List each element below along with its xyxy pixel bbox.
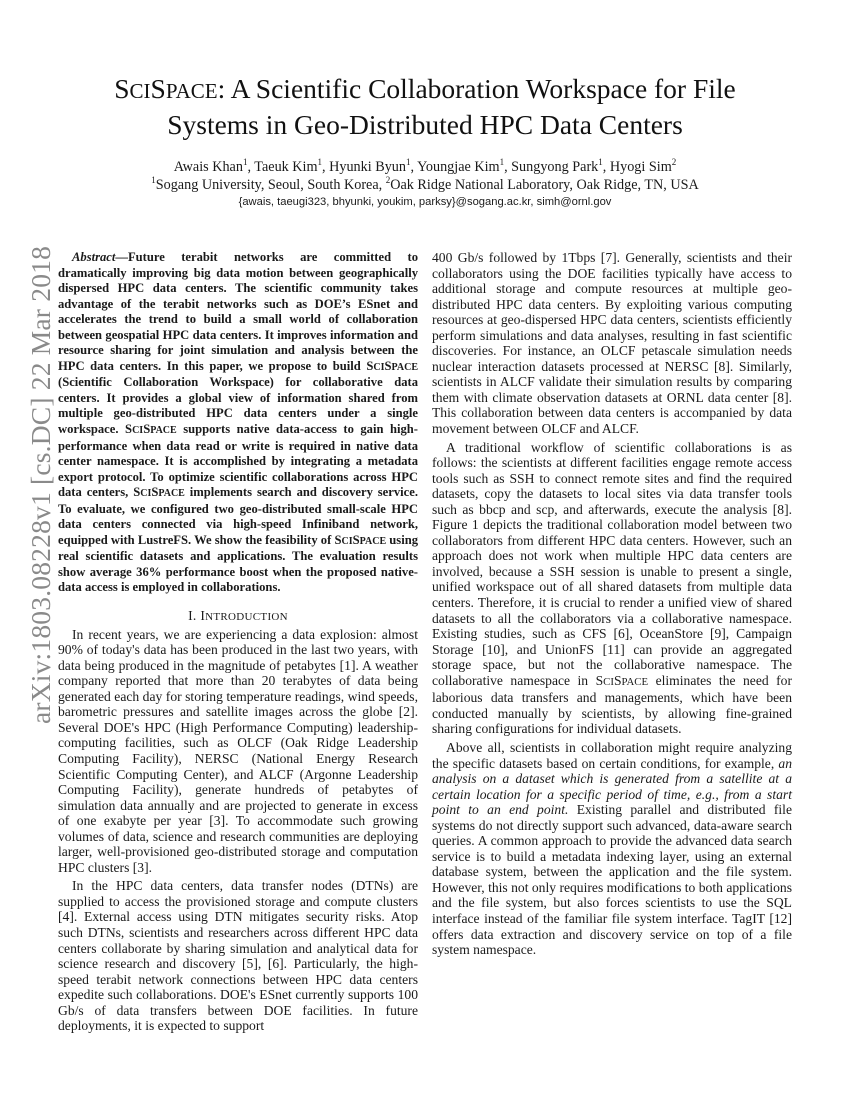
abstract: Abstract—Future terabit networks are com… [58,250,418,596]
author: Hyunki Byun [329,159,406,175]
affiliation-2: Oak Ridge National Laboratory, Oak Ridge… [390,177,699,193]
affiliations: 1Sogang University, Seoul, South Korea, … [60,176,790,194]
body-paragraph: 400 Gb/s followed by 1Tbps [7]. Generall… [432,250,792,437]
author-list: Awais Khan1, Taeuk Kim1, Hyunki Byun1, Y… [60,158,790,176]
title-line-1: SCISPACE: A Scientific Collaboration Wor… [60,72,790,108]
arxiv-stamp-text: arXiv:1803.08228v1 [cs.DC] 22 Mar 2018 [25,246,57,724]
body-paragraph: In the HPC data centers, data transfer n… [58,878,418,1033]
title-sc-s2: S [151,73,166,104]
abstract-label: Abstract [72,250,115,264]
author: Youngjae Kim [417,159,500,175]
affiliation-1: Sogang University, Seoul, South Korea, [156,177,386,193]
title-sc-ci: CI [130,79,151,103]
arxiv-identifier-stamp: arXiv:1803.08228v1 [cs.DC] 22 Mar 2018 [20,270,62,700]
author: Awais Khan [174,159,243,175]
title-line-2: Systems in Geo-Distributed HPC Data Cent… [60,108,790,142]
body-paragraph: In recent years, we are experiencing a d… [58,627,418,876]
body-paragraph: A traditional workflow of scientific col… [432,440,792,737]
title-rest-line-1: : A Scientific Collaboration Workspace f… [218,73,736,104]
title-sc-pace: PACE [166,79,218,103]
paper-title: SCISPACE: A Scientific Collaboration Wor… [60,72,790,142]
body-paragraph: Above all, scientists in collaboration m… [432,740,792,958]
author-emails: {awais, taeugi323, bhyunki, youkim, park… [60,195,790,209]
author: Hyogi Sim [610,159,672,175]
title-sc-s1: S [114,73,129,104]
right-column: 400 Gb/s followed by 1Tbps [7]. Generall… [432,250,792,958]
section-heading-introduction: I. INTRODUCTION [58,608,418,626]
left-column: Abstract—Future terabit networks are com… [58,250,418,1034]
author: Sungyong Park [511,159,598,175]
author: Taeuk Kim [254,159,317,175]
